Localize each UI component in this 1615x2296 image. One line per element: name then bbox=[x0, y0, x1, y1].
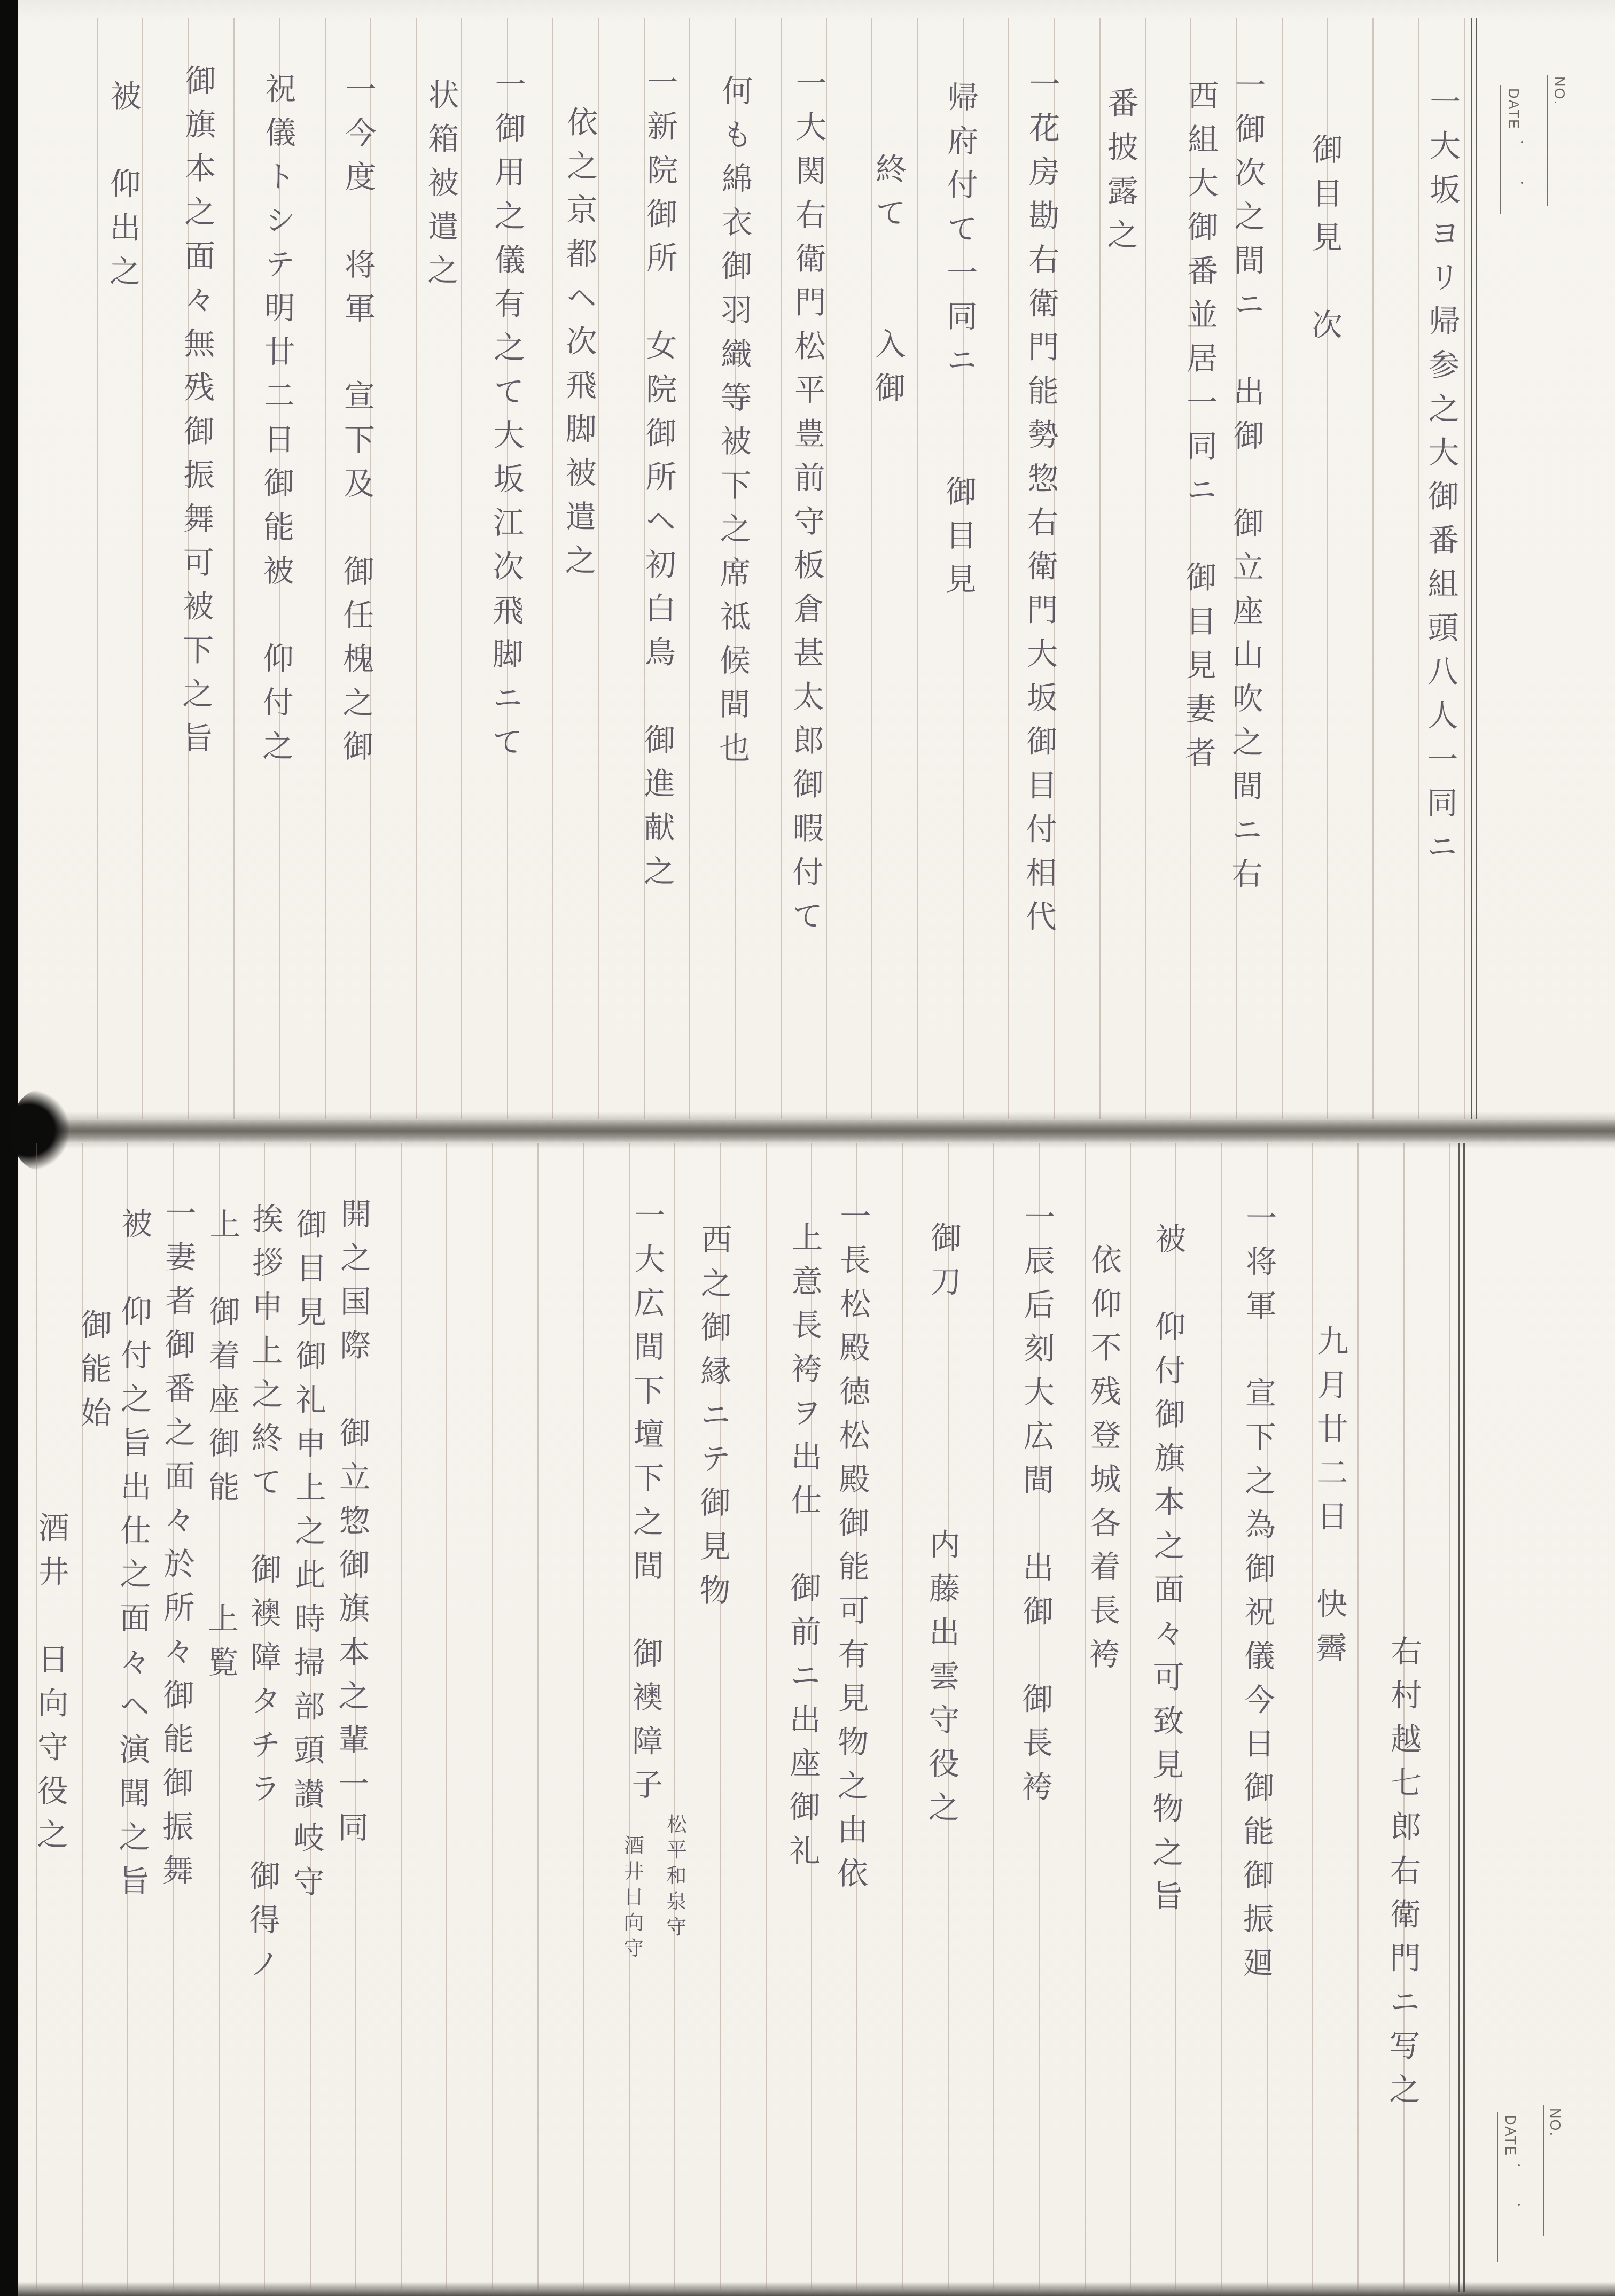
handwriting-column: 一辰后刻大広間 出御 御長袴 bbox=[988, 1201, 1053, 2285]
handwriting-column: 御刀 内藤出雲守役之 bbox=[895, 1221, 959, 2284]
handwriting-column: 一将軍 宣下之為御祝儀今日御能御振廻 bbox=[1210, 1201, 1275, 2285]
handwriting-column: 酒井 日向守役之 bbox=[4, 1511, 67, 2280]
handwriting-annotation: 酒井日向守 bbox=[613, 1834, 643, 2283]
handwriting-column: 上意長袴ヲ出仕 御前ニ出座御礼 bbox=[756, 1221, 821, 2284]
handwriting-column: 九月廿二日 快霽 bbox=[1282, 1325, 1346, 2286]
notebook-page-bottom: NO. DATE ・ ・ 右村越七郎右衛門ニ写之九月廿二日 快霽一将軍 宣下之為… bbox=[0, 0, 1615, 2296]
handwriting-column: 依仰不残登城各着長袴 bbox=[1055, 1243, 1120, 2285]
handwriting-column: 被 仰付御旗本之面々可致見物之旨 bbox=[1119, 1223, 1184, 2285]
handwriting-columns-bottom: 右村越七郎右衛門ニ写之九月廿二日 快霽一将軍 宣下之為御祝儀今日御能御振廻被 仰… bbox=[0, 0, 1615, 2296]
handwriting-annotation: 松平和泉守 bbox=[656, 1814, 685, 2283]
handwriting-column: 右村越七郎右衛門ニ写之 bbox=[1357, 1635, 1419, 2286]
